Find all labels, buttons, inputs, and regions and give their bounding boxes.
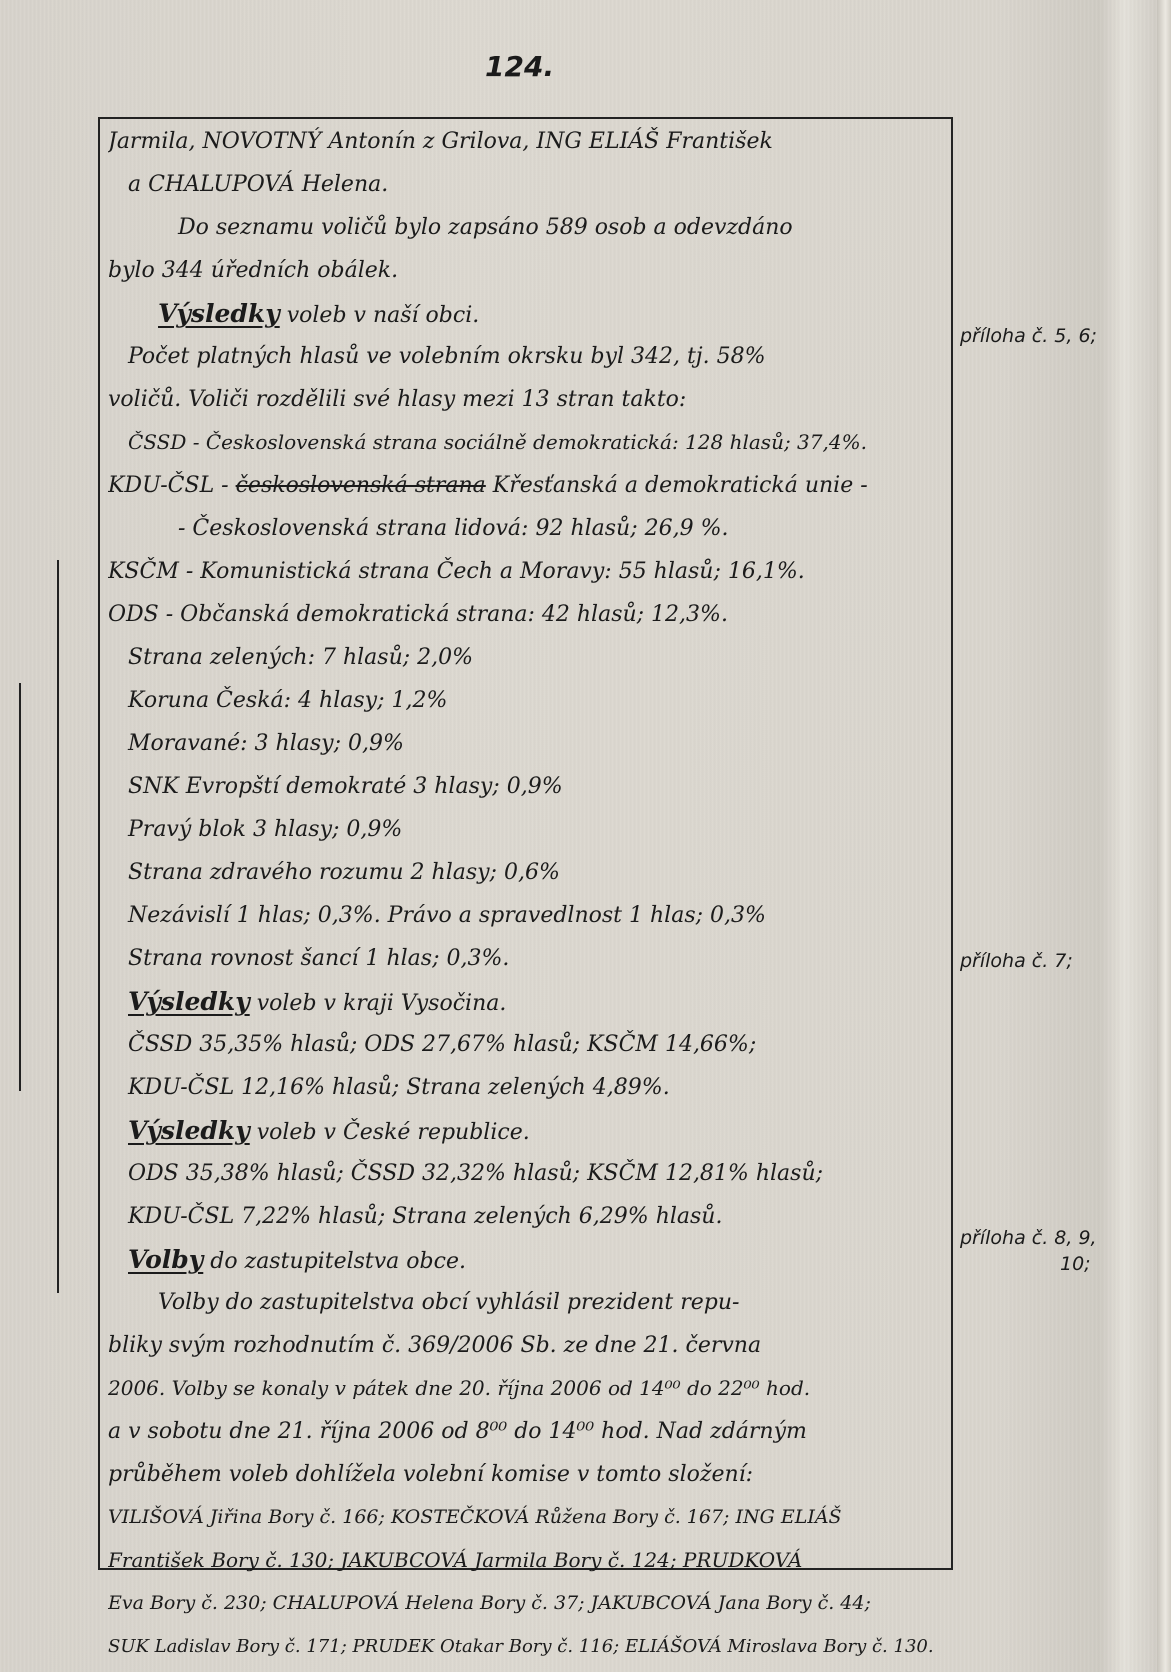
section-heading-line: Volby do zastupitelstva obce. bbox=[108, 1238, 948, 1281]
text-line: Pravý blok 3 hlasy; 0,9% bbox=[108, 808, 948, 851]
margin-note-continuation: 10; bbox=[960, 1251, 1097, 1277]
struck-text: československá strana bbox=[236, 473, 486, 498]
text-line: průběhem voleb dohlížela volební komise … bbox=[108, 1453, 948, 1496]
text-line: Strana zelených: 7 hlasů; 2,0% bbox=[108, 636, 948, 679]
text-line: Nezávislí 1 hlas; 0,3%. Právo a spravedl… bbox=[108, 894, 948, 937]
text-line: Strana zdravého rozumu 2 hlasy; 0,6% bbox=[108, 851, 948, 894]
text-line: ČSSD - Československá strana sociálně de… bbox=[108, 421, 948, 464]
section-heading: Výsledky bbox=[128, 987, 250, 1016]
margin-note-attachment: příloha č. 7; bbox=[960, 950, 1073, 972]
text-line: a v sobotu dne 21. října 2006 od 8⁰⁰ do … bbox=[108, 1410, 948, 1453]
margin-line bbox=[57, 560, 59, 1293]
page-edge bbox=[1157, 0, 1171, 1672]
text-line: KSČM - Komunistická strana Čech a Moravy… bbox=[108, 550, 948, 593]
text-line: SNK Evropští demokraté 3 hlasy; 0,9% bbox=[108, 765, 948, 808]
margin-note-attachment: příloha č. 8, 9, 10; bbox=[960, 1225, 1097, 1277]
text-line: VILIŠOVÁ Jiřina Bory č. 166; KOSTEČKOVÁ … bbox=[108, 1496, 948, 1539]
section-heading-rest: voleb v naší obci. bbox=[287, 303, 480, 328]
text-line: ODS - Občanská demokratická strana: 42 h… bbox=[108, 593, 948, 636]
section-heading-line: Výsledky voleb v naší obci. bbox=[108, 292, 948, 335]
text-line: Volby do zastupitelstva obcí vyhlásil pr… bbox=[108, 1281, 948, 1324]
margin-note-text: příloha č. 8, 9, bbox=[960, 1227, 1097, 1249]
page-number: 124. bbox=[485, 50, 554, 83]
text-line: Počet platných hlasů ve volebním okrsku … bbox=[108, 335, 948, 378]
text-line: voličů. Voliči rozdělili své hlasy mezi … bbox=[108, 378, 948, 421]
text-line: KDU-ČSL 7,22% hlasů; Strana zelených 6,2… bbox=[108, 1195, 948, 1238]
text-line: Do seznamu voličů bylo zapsáno 589 osob … bbox=[108, 206, 948, 249]
text-line: - Československá strana lidová: 92 hlasů… bbox=[108, 507, 948, 550]
text-line: Eva Bory č. 230; CHALUPOVÁ Helena Bory č… bbox=[108, 1582, 948, 1625]
text-line: KDU-ČSL 12,16% hlasů; Strana zelených 4,… bbox=[108, 1066, 948, 1109]
text-line: Moravané: 3 hlasy; 0,9% bbox=[108, 722, 948, 765]
text-line: Strana rovnost šancí 1 hlas; 0,3%. bbox=[108, 937, 948, 980]
section-heading-rest: voleb v kraji Vysočina. bbox=[257, 991, 507, 1016]
margin-note-attachment: příloha č. 5, 6; bbox=[960, 325, 1097, 347]
text-line: 2006. Volby se konaly v pátek dne 20. ří… bbox=[108, 1367, 948, 1410]
section-heading-line: Výsledky voleb v České republice. bbox=[108, 1109, 948, 1152]
section-heading-rest: voleb v České republice. bbox=[257, 1120, 530, 1145]
text-rest: Křesťanská a demokratická unie - bbox=[486, 473, 868, 498]
text-line: KDU-ČSL - československá strana Křesťans… bbox=[108, 464, 948, 507]
text-line: František Bory č. 130; JAKUBCOVÁ Jarmila… bbox=[108, 1539, 948, 1582]
text-line: bliky svým rozhodnutím č. 369/2006 Sb. z… bbox=[108, 1324, 948, 1367]
text-line: ČSSD 35,35% hlasů; ODS 27,67% hlasů; KSČ… bbox=[108, 1023, 948, 1066]
section-heading-rest: do zastupitelstva obce. bbox=[210, 1249, 466, 1274]
text-line: SUK Ladislav Bory č. 171; PRUDEK Otakar … bbox=[108, 1625, 948, 1668]
party-prefix: KDU-ČSL - bbox=[108, 473, 236, 498]
section-heading: Výsledky bbox=[158, 299, 280, 328]
text-line: bylo 344 úředních obálek. bbox=[108, 249, 948, 292]
section-heading-line: Výsledky voleb v kraji Vysočina. bbox=[108, 980, 948, 1023]
text-line: ODS 35,38% hlasů; ČSSD 32,32% hlasů; KSČ… bbox=[108, 1152, 948, 1195]
section-heading: Výsledky bbox=[128, 1116, 250, 1145]
margin-line bbox=[19, 683, 21, 1091]
text-line: Jarmila, NOVOTNÝ Antonín z Grilova, ING … bbox=[108, 120, 948, 163]
section-heading: Volby bbox=[128, 1245, 203, 1274]
text-line: a CHALUPOVÁ Helena. bbox=[108, 163, 948, 206]
text-line: Koruna Česká: 4 hlasy; 1,2% bbox=[108, 679, 948, 722]
chronicle-text: Jarmila, NOVOTNÝ Antonín z Grilova, ING … bbox=[108, 120, 948, 1668]
